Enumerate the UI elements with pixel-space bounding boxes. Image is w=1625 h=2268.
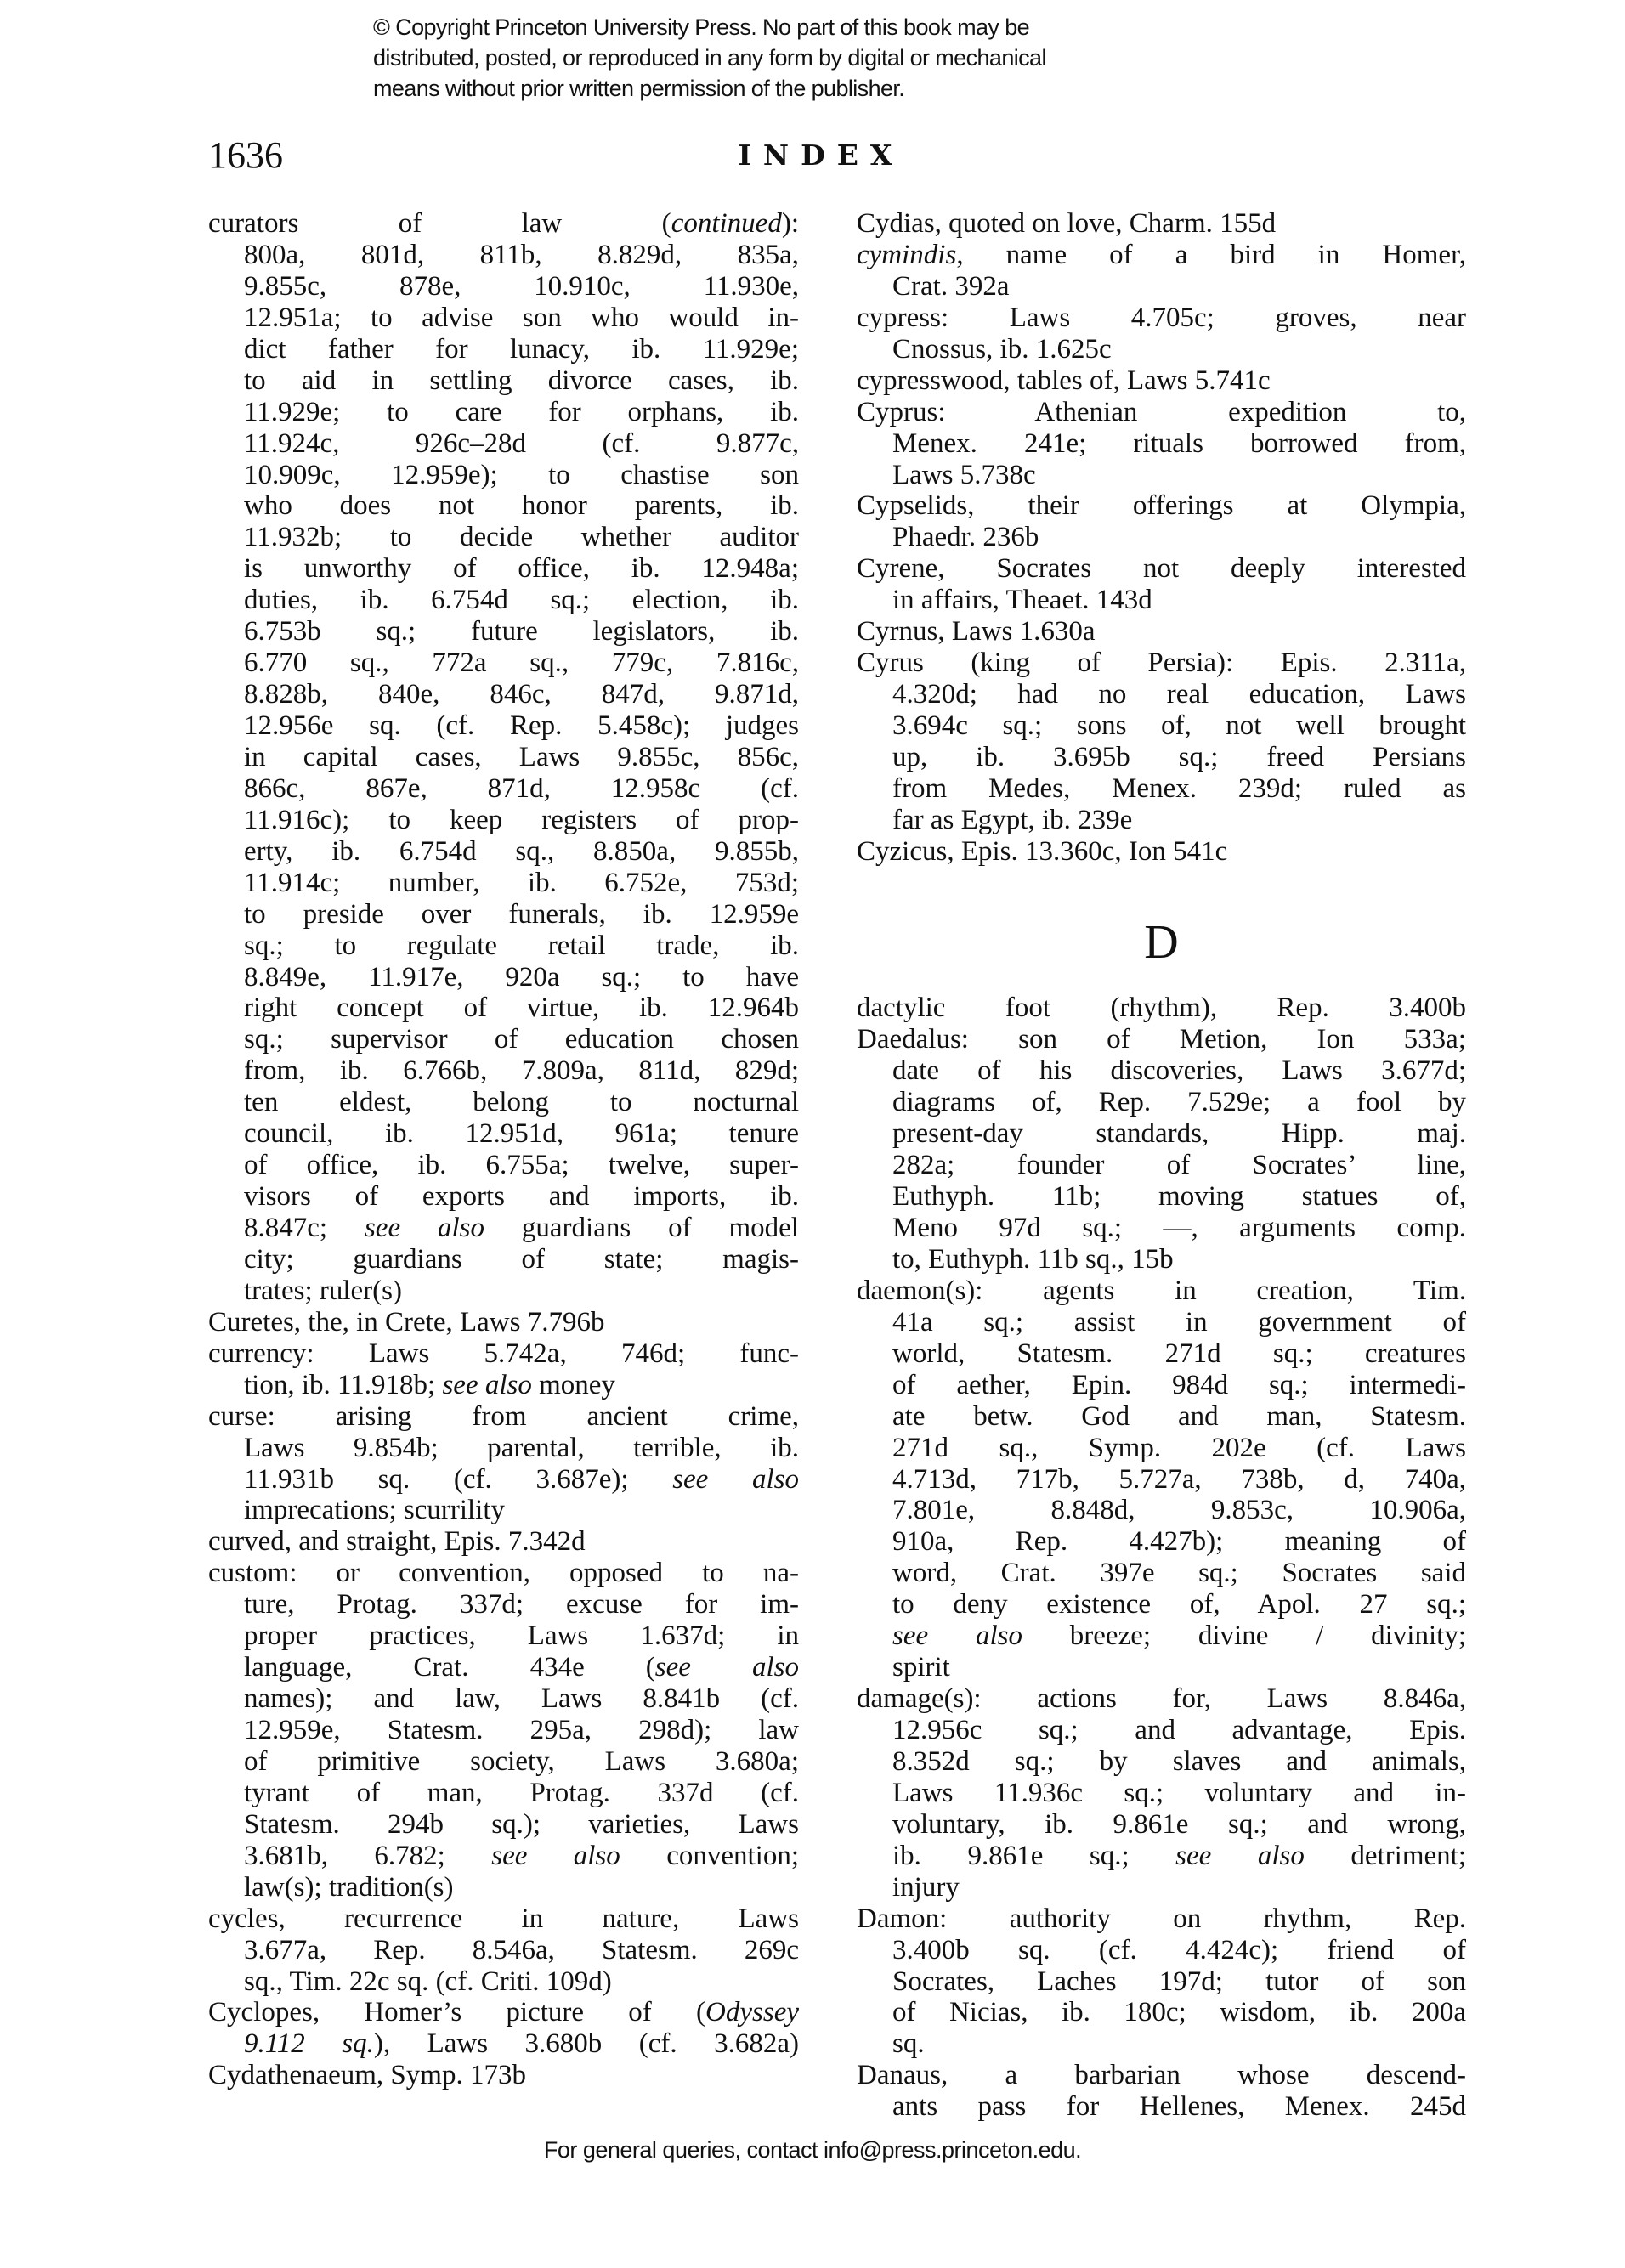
- index-entry-heading-line: Cyrnus, Laws 1.630a: [857, 616, 1466, 648]
- index-entry-continuation-line: up, ib. 3.695b sq.; freed Persians: [857, 742, 1466, 773]
- running-head: INDEX: [0, 136, 1625, 175]
- index-entry-continuation-line: law(s); tradition(s): [208, 1872, 799, 1903]
- index-entry-continuation-line: diagrams of, Rep. 7.529e; a fool by: [857, 1087, 1466, 1118]
- index-entry-heading-line: currency: Laws 5.742a, 746d; func-: [208, 1338, 799, 1370]
- index-entry-heading-line: curators of law (continued):: [208, 208, 799, 240]
- index-entry-continuation-line: to preside over funerals, ib. 12.959e: [208, 899, 799, 930]
- index-entry-continuation-line: duties, ib. 6.754d sq.; election, ib.: [208, 585, 799, 616]
- index-entry-continuation-line: date of his discoveries, Laws 3.677d;: [857, 1055, 1466, 1087]
- copyright-line: © Copyright Princeton University Press. …: [373, 12, 1223, 42]
- index-entry-continuation-line: ants pass for Hellenes, Menex. 245d: [857, 2091, 1466, 2123]
- index-entry-continuation-line: spirit: [857, 1652, 1466, 1683]
- index-entry-continuation-line: of aether, Epin. 984d sq.; intermedi-: [857, 1370, 1466, 1401]
- index-entry-continuation-line: Socrates, Laches 197d; tutor of son: [857, 1966, 1466, 1998]
- index-entry-continuation-line: from, ib. 6.766b, 7.809a, 811d, 829d;: [208, 1055, 799, 1087]
- index-entry-continuation-line: 8.847c; see also guardians of model: [208, 1213, 799, 1244]
- italic-text: see also: [655, 1652, 799, 1683]
- index-entry-heading-line: Cyzicus, Epis. 13.360c, Ion 541c: [857, 836, 1466, 868]
- index-entry-heading-line: curved, and straight, Epis. 7.342d: [208, 1526, 799, 1558]
- italic-text: see also: [365, 1213, 484, 1243]
- index-entry-continuation-line: 3.677a, Rep. 8.546a, Statesm. 269c: [208, 1935, 799, 1966]
- index-entry-continuation-line: 866c, 867e, 871d, 12.958c (cf.: [208, 773, 799, 805]
- index-entry-continuation-line: to, Euthyph. 11b sq., 15b: [857, 1244, 1466, 1275]
- index-entry-continuation-line: 10.909c, 12.959e); to chastise son: [208, 460, 799, 491]
- index-entry-continuation-line: 7.801e, 8.848d, 9.853c, 10.906a,: [857, 1495, 1466, 1526]
- index-entry-continuation-line: 6.770 sq., 772a sq., 779c, 7.816c,: [208, 648, 799, 679]
- index-entry-continuation-line: Statesm. 294b sq.); varieties, Laws: [208, 1809, 799, 1841]
- index-entry-continuation-line: ture, Protag. 337d; excuse for im-: [208, 1589, 799, 1620]
- italic-text: Odyssey: [705, 1997, 799, 2028]
- index-entry-continuation-line: proper practices, Laws 1.637d; in: [208, 1620, 799, 1652]
- italic-text: see also: [491, 1841, 620, 1871]
- index-entry-continuation-line: present-day standards, Hipp. maj.: [857, 1118, 1466, 1150]
- index-entries-c: Cydias, quoted on love, Charm. 155dcymin…: [857, 208, 1466, 868]
- index-entry-continuation-line: sq.; to regulate retail trade, ib.: [208, 930, 799, 962]
- index-entry-heading-line: cycles, recurrence in nature, Laws: [208, 1903, 799, 1935]
- index-entry-heading-line: Cyrus (king of Persia): Epis. 2.311a,: [857, 648, 1466, 679]
- section-gap: [857, 868, 1466, 899]
- index-entry-heading-line: curse: arising from ancient crime,: [208, 1401, 799, 1433]
- index-entry-continuation-line: 12.956e sq. (cf. Rep. 5.458c); judges: [208, 710, 799, 742]
- index-entry-heading-line: Damon: authority on rhythm, Rep.: [857, 1903, 1466, 1935]
- index-entry-continuation-line: in affairs, Theaet. 143d: [857, 585, 1466, 616]
- index-column-right: Cydias, quoted on love, Charm. 155dcymin…: [857, 208, 1466, 2123]
- index-entry-continuation-line: 11.932b; to decide whether auditor: [208, 522, 799, 553]
- index-entry-continuation-line: 12.956c sq.; and advantage, Epis.: [857, 1715, 1466, 1746]
- index-entry-continuation-line: 12.959e, Statesm. 295a, 298d); law: [208, 1715, 799, 1746]
- index-entry-continuation-line: of primitive society, Laws 3.680a;: [208, 1746, 799, 1778]
- index-entry-heading-line: Cypselids, their offerings at Olympia,: [857, 490, 1466, 522]
- index-entry-continuation-line: ten eldest, belong to nocturnal: [208, 1087, 799, 1118]
- footer-contact: For general queries, contact info@press.…: [0, 2135, 1625, 2164]
- index-entry-continuation-line: ate betw. God and man, Statesm.: [857, 1401, 1466, 1433]
- index-entry-continuation-line: trates; ruler(s): [208, 1275, 799, 1307]
- index-entry-continuation-line: 282a; founder of Socrates’ line,: [857, 1150, 1466, 1181]
- italic-text: see also: [892, 1620, 1022, 1651]
- copyright-line: distributed, posted, or reproduced in an…: [373, 42, 1223, 73]
- index-entry-continuation-line: 3.694c sq.; sons of, not well brought: [857, 710, 1466, 742]
- index-entry-continuation-line: 11.931b sq. (cf. 3.687e); see also: [208, 1464, 799, 1496]
- index-entry-continuation-line: 11.914c; number, ib. 6.752e, 753d;: [208, 868, 799, 899]
- index-entry-continuation-line: erty, ib. 6.754d sq., 8.850a, 9.855b,: [208, 836, 799, 868]
- index-entry-heading-line: Curetes, the, in Crete, Laws 7.796b: [208, 1307, 799, 1338]
- index-column-left: curators of law (continued):800a, 801d, …: [208, 208, 799, 2091]
- index-entry-continuation-line: injury: [857, 1872, 1466, 1903]
- index-entry-heading-line: Cydathenaeum, Symp. 173b: [208, 2060, 799, 2091]
- index-entry-continuation-line: 910a, Rep. 4.427b); meaning of: [857, 1526, 1466, 1558]
- index-entry-continuation-line: word, Crat. 397e sq.; Socrates said: [857, 1558, 1466, 1589]
- index-entry-continuation-line: ib. 9.861e sq.; see also detriment;: [857, 1841, 1466, 1872]
- index-entry-continuation-line: of office, ib. 6.755a; twelve, super-: [208, 1150, 799, 1181]
- index-entry-continuation-line: 12.951a; to advise son who would in-: [208, 303, 799, 334]
- index-entry-continuation-line: 3.400b sq. (cf. 4.424c); friend of: [857, 1935, 1466, 1966]
- index-entry-heading-line: Cyclopes, Homer’s picture of (Odyssey: [208, 1997, 799, 2028]
- index-entry-continuation-line: far as Egypt, ib. 239e: [857, 805, 1466, 836]
- index-entry-heading-line: damage(s): actions for, Laws 8.846a,: [857, 1683, 1466, 1715]
- index-entry-heading-line: custom: or convention, opposed to na-: [208, 1558, 799, 1589]
- index-entry-heading-line: cypress: Laws 4.705c; groves, near: [857, 303, 1466, 334]
- italic-text: see also: [442, 1370, 531, 1400]
- index-entry-continuation-line: 11.929e; to care for orphans, ib.: [208, 397, 799, 428]
- index-entry-continuation-line: right concept of virtue, ib. 12.964b: [208, 993, 799, 1024]
- index-entry-continuation-line: 11.924c, 926c–28d (cf. 9.877c,: [208, 428, 799, 460]
- index-entry-continuation-line: 8.849e, 11.917e, 920a sq.; to have: [208, 962, 799, 993]
- index-entry-continuation-line: tion, ib. 11.918b; see also money: [208, 1370, 799, 1401]
- index-entry-continuation-line: of Nicias, ib. 180c; wisdom, ib. 200a: [857, 1997, 1466, 2028]
- index-entry-continuation-line: to aid in settling divorce cases, ib.: [208, 365, 799, 397]
- index-entry-heading-line: Cydias, quoted on love, Charm. 155d: [857, 208, 1466, 240]
- index-entry-continuation-line: 9.112 sq.), Laws 3.680b (cf. 3.682a): [208, 2028, 799, 2060]
- index-entry-continuation-line: world, Statesm. 271d sq.; creatures: [857, 1338, 1466, 1370]
- index-entry-continuation-line: visors of exports and imports, ib.: [208, 1181, 799, 1213]
- index-entry-continuation-line: from Medes, Menex. 239d; ruled as: [857, 773, 1466, 805]
- index-entry-continuation-line: Cnossus, ib. 1.625c: [857, 334, 1466, 365]
- section-letter-heading: D: [857, 899, 1466, 993]
- index-entry-continuation-line: 6.753b sq.; future legislators, ib.: [208, 616, 799, 648]
- index-entry-continuation-line: in capital cases, Laws 9.855c, 856c,: [208, 742, 799, 773]
- index-entry-continuation-line: sq.: [857, 2028, 1466, 2060]
- index-entry-continuation-line: Crat. 392a: [857, 271, 1466, 303]
- index-entry-continuation-line: Meno 97d sq.; —, arguments comp.: [857, 1213, 1466, 1244]
- index-entries-d: dactylic foot (rhythm), Rep. 3.400bDaeda…: [857, 993, 1466, 2123]
- index-entry-continuation-line: 41a sq.; assist in government of: [857, 1307, 1466, 1338]
- index-entry-continuation-line: council, ib. 12.951d, 961a; tenure: [208, 1118, 799, 1150]
- italic-text: continued: [671, 208, 782, 239]
- index-entry-continuation-line: 4.713d, 717b, 5.727a, 738b, d, 740a,: [857, 1464, 1466, 1496]
- index-entry-heading-line: Daedalus: son of Metion, Ion 533a;: [857, 1024, 1466, 1055]
- index-entry-continuation-line: language, Crat. 434e (see also: [208, 1652, 799, 1683]
- index-entry-continuation-line: Menex. 241e; rituals borrowed from,: [857, 428, 1466, 460]
- index-entry-heading-line: Danaus, a barbarian whose descend-: [857, 2060, 1466, 2091]
- index-entry-continuation-line: see also breeze; divine / divinity;: [857, 1620, 1466, 1652]
- index-entry-continuation-line: dict father for lunacy, ib. 11.929e;: [208, 334, 799, 365]
- index-entry-continuation-line: to deny existence of, Apol. 27 sq.;: [857, 1589, 1466, 1620]
- italic-text: cymindis: [857, 240, 956, 270]
- index-entry-continuation-line: 3.681b, 6.782; see also convention;: [208, 1841, 799, 1872]
- index-entry-continuation-line: 271d sq., Symp. 202e (cf. Laws: [857, 1433, 1466, 1464]
- copyright-line: means without prior written permission o…: [373, 73, 1223, 104]
- index-entry-continuation-line: city; guardians of state; magis-: [208, 1244, 799, 1275]
- index-entry-continuation-line: is unworthy of office, ib. 12.948a;: [208, 553, 799, 585]
- index-entry-continuation-line: tyrant of man, Protag. 337d (cf.: [208, 1778, 799, 1809]
- index-entry-continuation-line: 4.320d; had no real education, Laws: [857, 679, 1466, 710]
- index-entry-continuation-line: sq.; supervisor of education chosen: [208, 1024, 799, 1055]
- index-entry-heading-line: cymindis, name of a bird in Homer,: [857, 240, 1466, 271]
- index-entry-continuation-line: voluntary, ib. 9.861e sq.; and wrong,: [857, 1809, 1466, 1841]
- index-entry-continuation-line: 800a, 801d, 811b, 8.829d, 835a,: [208, 240, 799, 271]
- index-entry-continuation-line: 8.828b, 840e, 846c, 847d, 9.871d,: [208, 679, 799, 710]
- italic-text: 9.112 sq.: [244, 2028, 374, 2059]
- italic-text: see also: [1175, 1841, 1305, 1871]
- index-entry-heading-line: Cyprus: Athenian expedition to,: [857, 397, 1466, 428]
- index-entry-continuation-line: Laws 11.936c sq.; voluntary and in-: [857, 1778, 1466, 1809]
- index-entry-continuation-line: 9.855c, 878e, 10.910c, 11.930e,: [208, 271, 799, 303]
- index-entry-continuation-line: Euthyph. 11b; moving statues of,: [857, 1181, 1466, 1213]
- index-entry-heading-line: cypresswood, tables of, Laws 5.741c: [857, 365, 1466, 397]
- index-entry-heading-line: dactylic foot (rhythm), Rep. 3.400b: [857, 993, 1466, 1024]
- index-entry-continuation-line: sq., Tim. 22c sq. (cf. Criti. 109d): [208, 1966, 799, 1998]
- index-entry-heading-line: Cyrene, Socrates not deeply interested: [857, 553, 1466, 585]
- italic-text: see also: [672, 1464, 799, 1495]
- index-entry-continuation-line: 8.352d sq.; by slaves and animals,: [857, 1746, 1466, 1778]
- index-entry-continuation-line: Phaedr. 236b: [857, 522, 1466, 553]
- index-entry-continuation-line: Laws 9.854b; parental, terrible, ib.: [208, 1433, 799, 1464]
- copyright-notice: © Copyright Princeton University Press. …: [373, 12, 1223, 104]
- index-entry-continuation-line: who does not honor parents, ib.: [208, 490, 799, 522]
- index-entry-continuation-line: 11.916c); to keep registers of prop-: [208, 805, 799, 836]
- index-entry-heading-line: daemon(s): agents in creation, Tim.: [857, 1275, 1466, 1307]
- index-entry-continuation-line: Laws 5.738c: [857, 460, 1466, 491]
- index-entry-continuation-line: imprecations; scurrility: [208, 1495, 799, 1526]
- index-entry-continuation-line: names); and law, Laws 8.841b (cf.: [208, 1683, 799, 1715]
